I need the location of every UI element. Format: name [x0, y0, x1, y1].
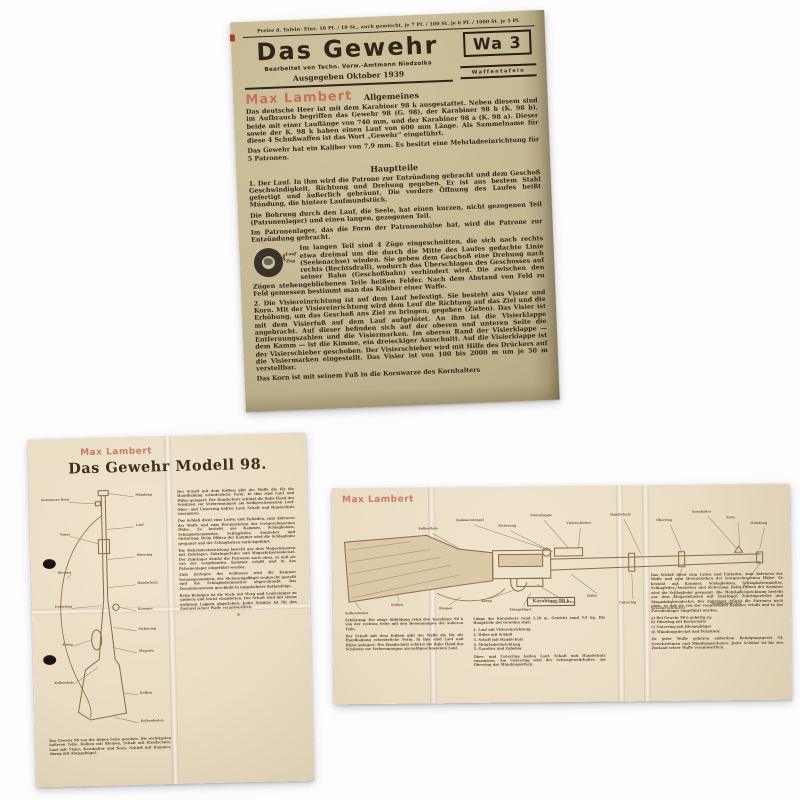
bore-label-zug: Zug: [286, 258, 295, 263]
garnitur-list-item: d) Mündungsdeckel und Putzstock: [651, 629, 783, 635]
part-label: Visierklappe: [530, 514, 552, 517]
karabiner-spread: Max Lambert: [332, 484, 792, 705]
part-label: Abzug: [481, 600, 492, 603]
part-label: Unterring: [619, 601, 636, 604]
red-mark: [230, 34, 235, 41]
part-label: Kammer: [138, 607, 153, 610]
column-paragraph: Das Schloß dient zum Laden und Entladen,…: [651, 572, 783, 614]
part-label: Handschutz: [610, 513, 631, 516]
part-label: Korn: [726, 516, 735, 519]
footnote-asterisk: ✳: [180, 611, 297, 620]
paragraph-text: Im langen Teil sind 4 Züge eingeschnitte…: [253, 236, 545, 298]
part-label: Mündung: [750, 522, 767, 525]
product-photo: Preise d. Tafeln: Einz. 10 Pf. / 10 St.,…: [0, 0, 800, 800]
caption-text: Das Gewehr 98 von der linken Seite geseh…: [49, 736, 171, 757]
modell98-sheet: Max Lambert Das Gewehr Modell 98.: [28, 433, 314, 788]
part-label: Lauf: [136, 524, 144, 527]
part-label: Kornhalter: [692, 510, 711, 513]
barrel-cross-section-figure: { Lauf Zug: [251, 246, 296, 280]
column-paragraph: Ober- und Unterring halten Lauf, Schaft …: [474, 653, 606, 668]
column-paragraph: Zum Zerlegen des Schlosses wird die Kamm…: [179, 570, 296, 591]
code-box: Wa 3: [463, 29, 533, 57]
waffentafel-card: Preise d. Tafeln: Einz. 10 Pf. / 10 St.,…: [230, 10, 559, 412]
part-label: Abzugsbügel: [509, 608, 531, 611]
parts-list-item: 5. Garnitur und Zubehör: [474, 646, 606, 652]
sheet-title: Das Gewehr Modell 98.: [28, 455, 306, 479]
part-label: Kolbenhals: [418, 527, 437, 530]
part-label: Handschutz: [137, 581, 158, 585]
diagram-caption: Das Gewehr 98 von der linken Seite geseh…: [49, 736, 171, 759]
part-label: Oberring: [137, 553, 153, 556]
part-label: Sicherung: [138, 627, 156, 631]
text-column-middle: Länge des Karabiners rund 1,10 m, Gewich…: [473, 616, 606, 697]
part-label: Mündung: [135, 493, 152, 497]
figure-labels: Lauf Zug: [286, 251, 297, 264]
column-paragraph: Beim Reinigen ist die Seele mit Werg und…: [180, 591, 297, 612]
text-column-left: Erklärung: Die obige Abbildung zeigt den…: [345, 617, 464, 698]
part-label: Magazin: [139, 649, 154, 652]
column-paragraph: Das Schloß dient zum Laden und Entladen,…: [178, 516, 296, 546]
card-header-left: Das Gewehr Bearbeitet von Techn. Verw.-A…: [243, 33, 453, 90]
part-label: Kolben: [140, 691, 152, 694]
column-paragraph: Zu jeder Waffe gehören außerdem Reinigun…: [651, 636, 783, 651]
part-label: Riemen: [439, 607, 452, 610]
column-intro: Länge des Karabiners rund 1,10 m, Gewich…: [473, 616, 605, 626]
part-label: Kolbenboden: [345, 612, 368, 615]
card-header-right: Wa 3 Waffentafeln: [459, 29, 537, 81]
card-content: Preise d. Tafeln: Einz. 10 Pf. / 10 St.,…: [243, 16, 550, 403]
column-paragraph: Die Mehrladeeinrichtung besteht aus dem …: [178, 546, 296, 571]
part-label: Kammerstengel: [456, 519, 484, 522]
bore-label-lauf: Lauf: [286, 251, 297, 256]
vertical-rifle-diagram: [35, 486, 181, 739]
watermark-max-lambert: Max Lambert: [80, 446, 152, 458]
part-label: Sicherung: [498, 524, 516, 527]
paragraph: 2. Die Visiereinrichtung ist auf dem Lau…: [253, 289, 548, 373]
watermark-max-lambert: Max Lambert: [245, 89, 353, 108]
part-label: Hülse: [587, 595, 597, 598]
series-label: Waffentafeln: [460, 63, 536, 79]
card-header: Das Gewehr Bearbeitet von Techn. Verw.-A…: [243, 29, 537, 90]
watermark-max-lambert: Max Lambert: [342, 495, 414, 506]
paragraph-with-figure: { Lauf Zug Im langen Teil sind 4 Züge ei…: [251, 236, 545, 298]
part-label: Kolbenboden: [141, 719, 164, 723]
column-lead: Erklärung: Die obige Abbildung zeigt den…: [345, 617, 463, 632]
text-column: Der Schaft mit dem Kolben gibt der Waffe…: [177, 487, 301, 776]
parts-list: 1. Lauf mit Visiereinrichtung 2. Hülse m…: [473, 627, 605, 652]
column-paragraph: Der Schaft mit dem Kolben gibt der Waffe…: [345, 633, 463, 652]
part-label: Visierschieber: [566, 522, 591, 525]
part-label: Oberring: [656, 519, 672, 522]
text-column-right: Das Schloß dient zum Laden und Entladen,…: [651, 572, 784, 695]
garnitur-list: a) Bei Gewehr 98 b gehörig zu: b) Oberri…: [651, 614, 783, 634]
model-designation-box: Karabiner 98 k: [527, 597, 575, 607]
part-label: Kolben: [391, 604, 403, 607]
column-paragraph: Der Schaft mit dem Kolben gibt der Waffe…: [177, 487, 295, 517]
